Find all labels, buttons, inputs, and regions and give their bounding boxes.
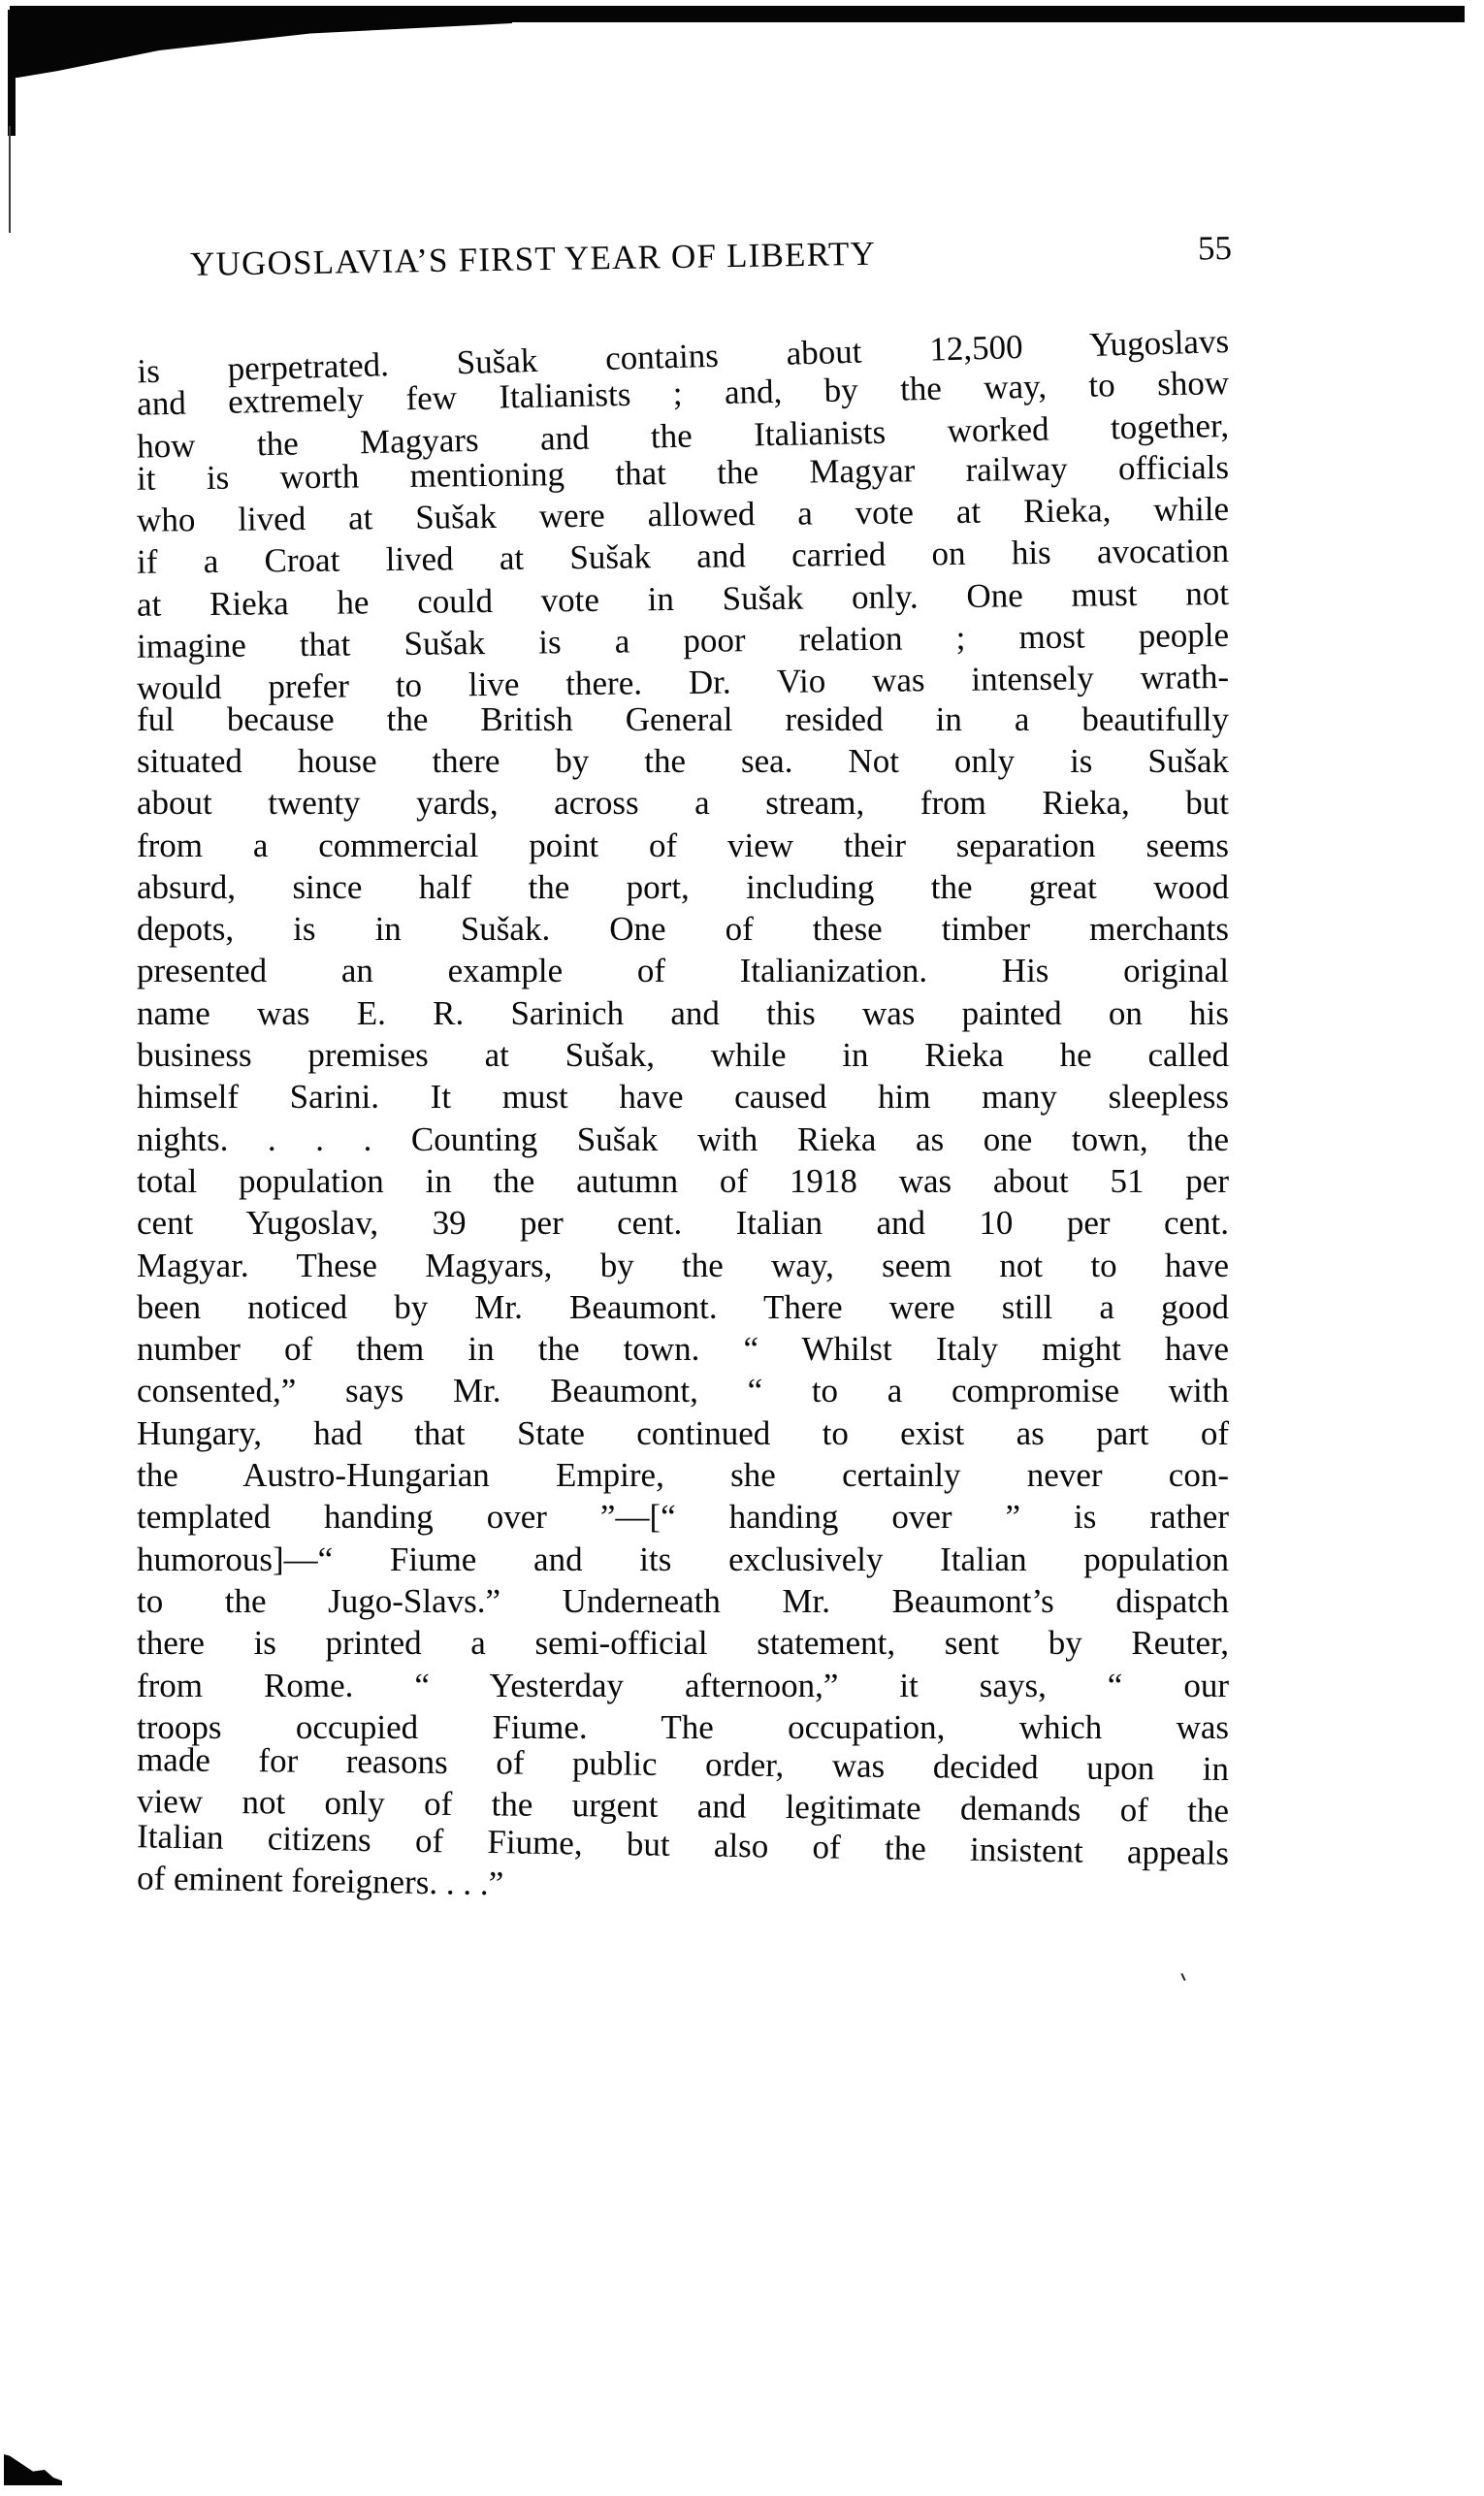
text-line: been noticed by Mr. Beaumont. There were… bbox=[137, 1286, 1229, 1328]
scan-corner-shadow bbox=[8, 10, 512, 78]
text-line: nights. . . . Counting Sušak with Rieka … bbox=[137, 1118, 1229, 1160]
text-line: Hungary, had that State continued to exi… bbox=[137, 1412, 1229, 1454]
text-line: name was E. R. Sarinich and this was pai… bbox=[137, 992, 1229, 1034]
scan-speck bbox=[1180, 1973, 1185, 1981]
text-line: number of them in the town. “ Whilst Ita… bbox=[137, 1328, 1229, 1370]
text-line: humorous]—“ Fiume and its exclusively It… bbox=[137, 1539, 1229, 1580]
text-line: presented an example of Italianization. … bbox=[137, 950, 1229, 991]
scan-left-edge bbox=[8, 10, 16, 136]
text-line: from Rome. “ Yesterday afternoon,” it sa… bbox=[137, 1665, 1229, 1706]
scan-bottom-smudge bbox=[4, 2454, 62, 2485]
text-line: Magyar. These Magyars, by the way, seem … bbox=[137, 1245, 1229, 1286]
body-text: is perpetrated. Sušak contains about 12,… bbox=[137, 320, 1229, 1916]
text-line: depots, is in Sušak. One of these timber… bbox=[137, 908, 1229, 950]
text-line: cent Yugoslav, 39 per cent. Italian and … bbox=[137, 1202, 1229, 1244]
text-line: business premises at Sušak, while in Rie… bbox=[137, 1034, 1229, 1076]
text-line: there is printed a semi-official stateme… bbox=[137, 1622, 1229, 1664]
text-line: consented,” says Mr. Beaumont, “ to a co… bbox=[137, 1370, 1229, 1411]
scan-left-edge-line bbox=[9, 126, 11, 233]
text-line: the Austro-Hungarian Empire, she certain… bbox=[137, 1454, 1229, 1496]
page-number: 55 bbox=[1198, 229, 1233, 269]
text-line: absurd, since half the port, including t… bbox=[137, 866, 1229, 908]
text-line: templated handing over ”—[“ handing over… bbox=[137, 1496, 1229, 1538]
text-line: himself Sarini. It must have caused him … bbox=[137, 1076, 1229, 1118]
text-line: situated house there by the sea. Not onl… bbox=[137, 740, 1229, 782]
text-line: about twenty yards, across a stream, fro… bbox=[137, 782, 1229, 824]
text-line: total population in the autumn of 1918 w… bbox=[137, 1160, 1229, 1202]
running-title: YUGOSLAVIA’S FIRST YEAR OF LIBERTY bbox=[190, 235, 877, 284]
text-line: to the Jugo-Slavs.” Underneath Mr. Beaum… bbox=[137, 1580, 1229, 1622]
running-head: YUGOSLAVIA’S FIRST YEAR OF LIBERTY 55 bbox=[190, 229, 1232, 284]
text-line: from a commercial point of view their se… bbox=[137, 825, 1229, 866]
